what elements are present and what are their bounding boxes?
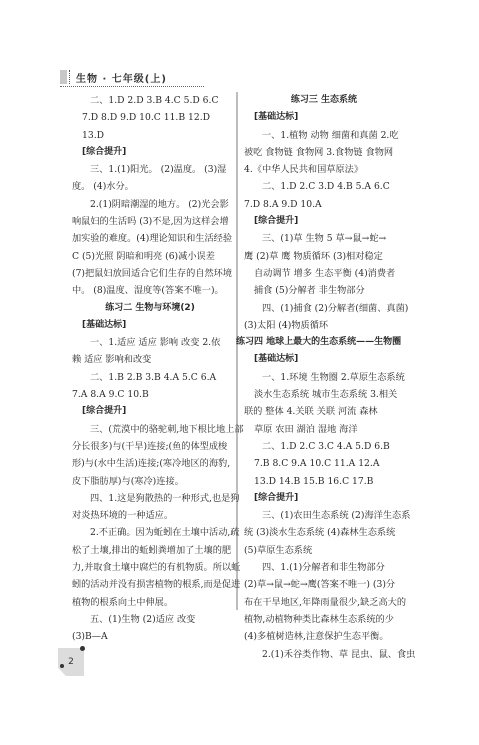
answer-line: 自动调节 增多 生态平衡 (4)消费者 [244,265,404,282]
answer-line: 一、1.植物 动物 细菌和真菌 2.吃 [244,127,404,144]
subsection-label: [综合提升] [72,403,228,420]
answer-line: 四、1.这是狗散热的一种形式,也是狗 [72,490,228,507]
answer-line: 三、(1)草 生物 5 草→鼠→蛇→ [244,230,404,247]
answer-line: 联的 整体 4.关联 关联 河流 森林 [244,403,404,420]
answer-line: 被吃 食物链 食物网 3.食物链 食物网 [244,144,404,161]
answer-line: 对炎热环境的一种适应。 [72,507,228,524]
answer-line: 五、(1)生物 (2)适应 改变 [72,611,228,628]
answer-line: (2)草→鼠→蛇→鹰(答案不唯一) (3)分 [244,576,404,593]
answer-line: 植物的根系向土中伸展。 [72,594,228,611]
answer-line: 四、1.(1)分解者和非生物部分 [244,559,404,576]
answer-line: 响鼠妇的生活吗 (3)不是,因为这样会增 [72,213,228,230]
answer-line: 三、(荒漠中的骆驼刺,地下根比地上部 [72,421,228,438]
answer-line: 7.A 8.A 9.C 10.B [72,386,228,403]
answer-line: 7.D 8.A 9.D 10.A [244,196,404,213]
answer-line: 13.D [72,127,228,144]
answer-line: 分长很多)与(干旱)连接;(鱼的体型成梭 [72,438,228,455]
header-dotted-rule [60,86,204,87]
answer-line: 二、1.B 2.B 3.B 4.A 5.C 6.A [72,369,228,386]
answer-line: 赖 适应 影响和改变 [72,351,228,368]
decorative-dot [80,646,85,651]
answer-line: 三、(1)农田生态系统 (2)海洋生态系 [244,507,404,524]
answer-line: 统 (3)淡水生态系统 (4)森林生态系统 [244,524,404,541]
answer-line: (3)太阳 (4)物质循环 [244,317,404,334]
answer-line: 四、(1)捕食 (2)分解者(细菌、真菌) [244,300,404,317]
answer-line: 度。 (4)水分。 [72,178,228,195]
subsection-label: [综合提升] [244,490,404,507]
answer-line: 加实验的难度。(4)理论知识和生活经验 [72,230,228,247]
answer-line: 2.(1)阴暗潮湿的地方。 (2)光会影 [72,196,228,213]
answer-line: C (5)光照 阴暗和明亮 (6)减小误差 [72,248,228,265]
answer-line: 植物,动植物种类比森林生态系统的少 [244,611,404,628]
answer-line: 中。 (8)温度、湿度等(答案不唯一)。 [72,282,228,299]
answer-line: 二、1.D 2.C 3.D 4.B 5.A 6.C [244,178,404,195]
answer-line: 捕食 (5)分解者 非生物部分 [244,282,404,299]
answer-line: 一、1.环境 生物圈 2.草原生态系统 [244,369,404,386]
answer-line: 7.B 8.C 9.A 10.C 11.A 12.A [244,455,404,472]
section-title: 练习四 地球上最大的生态系统——生物圈 [236,334,404,351]
section-title: 练习二 生物与环境(2) [72,300,228,317]
page-number-badge: 2 [58,648,84,676]
answer-line: 松了土壤,排出的蚯蚓粪增加了土壤的肥 [72,542,228,559]
answer-line: (7)把鼠妇放回适合它们生存的自然环境 [72,265,228,282]
header-tab-marker [60,70,67,84]
subsection-label: [基础达标] [244,109,404,126]
running-header: 生物 · 七年级(上) [60,66,204,88]
page-number: 2 [68,657,74,667]
answer-line: 2.(1)禾谷类作物、草 昆虫、鼠、食虫 [244,646,404,663]
right-column: 练习三 生态系统[基础达标]一、1.植物 动物 细菌和真菌 2.吃被吃 食物链 … [244,92,404,663]
answer-line: 草原 农田 湖泊 湿地 海洋 [244,421,404,438]
subsection-label: [综合提升] [244,213,404,230]
answer-line: 2.不正确。因为蚯蚓在土壤中活动,疏 [72,524,228,541]
answer-line: 三、1.(1)阳光。 (2)温度。 (3)湿 [72,161,228,178]
answer-line: 一、1.适应 适应 影响 改变 2.依 [72,334,228,351]
answer-line: 形)与(水中生活)连接;(寒冷地区的海豹, [72,455,228,472]
answer-line: 13.D 14.B 15.B 16.C 17.B [244,473,404,490]
answer-line: 蚓的活动并没有损害植物的根系,而是促进 [72,576,228,593]
answer-line: 4.《中华人民共和国草原法》 [244,161,404,178]
answer-line: 布在干旱地区,年降雨量很少,缺乏高大的 [244,594,404,611]
decorative-dot [60,664,64,668]
answer-line: 力,并取食土壤中腐烂的有机物质。所以蚯 [72,559,228,576]
answer-line: 二、1.D 2.D 3.B 4.C 5.D 6.C [72,92,228,109]
answer-line: 鹰 (2)草 鹰 物质循环 (3)相对稳定 [244,248,404,265]
answer-line: (5)草原生态系统 [244,542,404,559]
left-column: 二、1.D 2.D 3.B 4.C 5.D 6.C7.D 8.D 9.D 10.… [72,92,228,646]
answer-line: 皮下脂肪厚)与(寒冷)连接。 [72,473,228,490]
answer-line: 7.D 8.D 9.D 10.C 11.B 12.D [72,109,228,126]
answer-line: (4)多植树造林,注意保护生态平衡。 [244,628,404,645]
answer-line: 淡水生态系统 城市生态系统 3.相关 [244,386,404,403]
subsection-label: [基础达标] [72,317,228,334]
header-title: 生物 · 七年级(上) [76,70,167,85]
answer-line: 二、1.D 2.C 3.C 4.A 5.D 6.B [244,438,404,455]
section-title: 练习三 生态系统 [244,92,404,109]
subsection-label: [综合提升] [72,144,228,161]
answer-line: (3)B—A [72,628,228,645]
header-dotted-marker [69,70,70,84]
subsection-label: [基础达标] [244,351,404,368]
